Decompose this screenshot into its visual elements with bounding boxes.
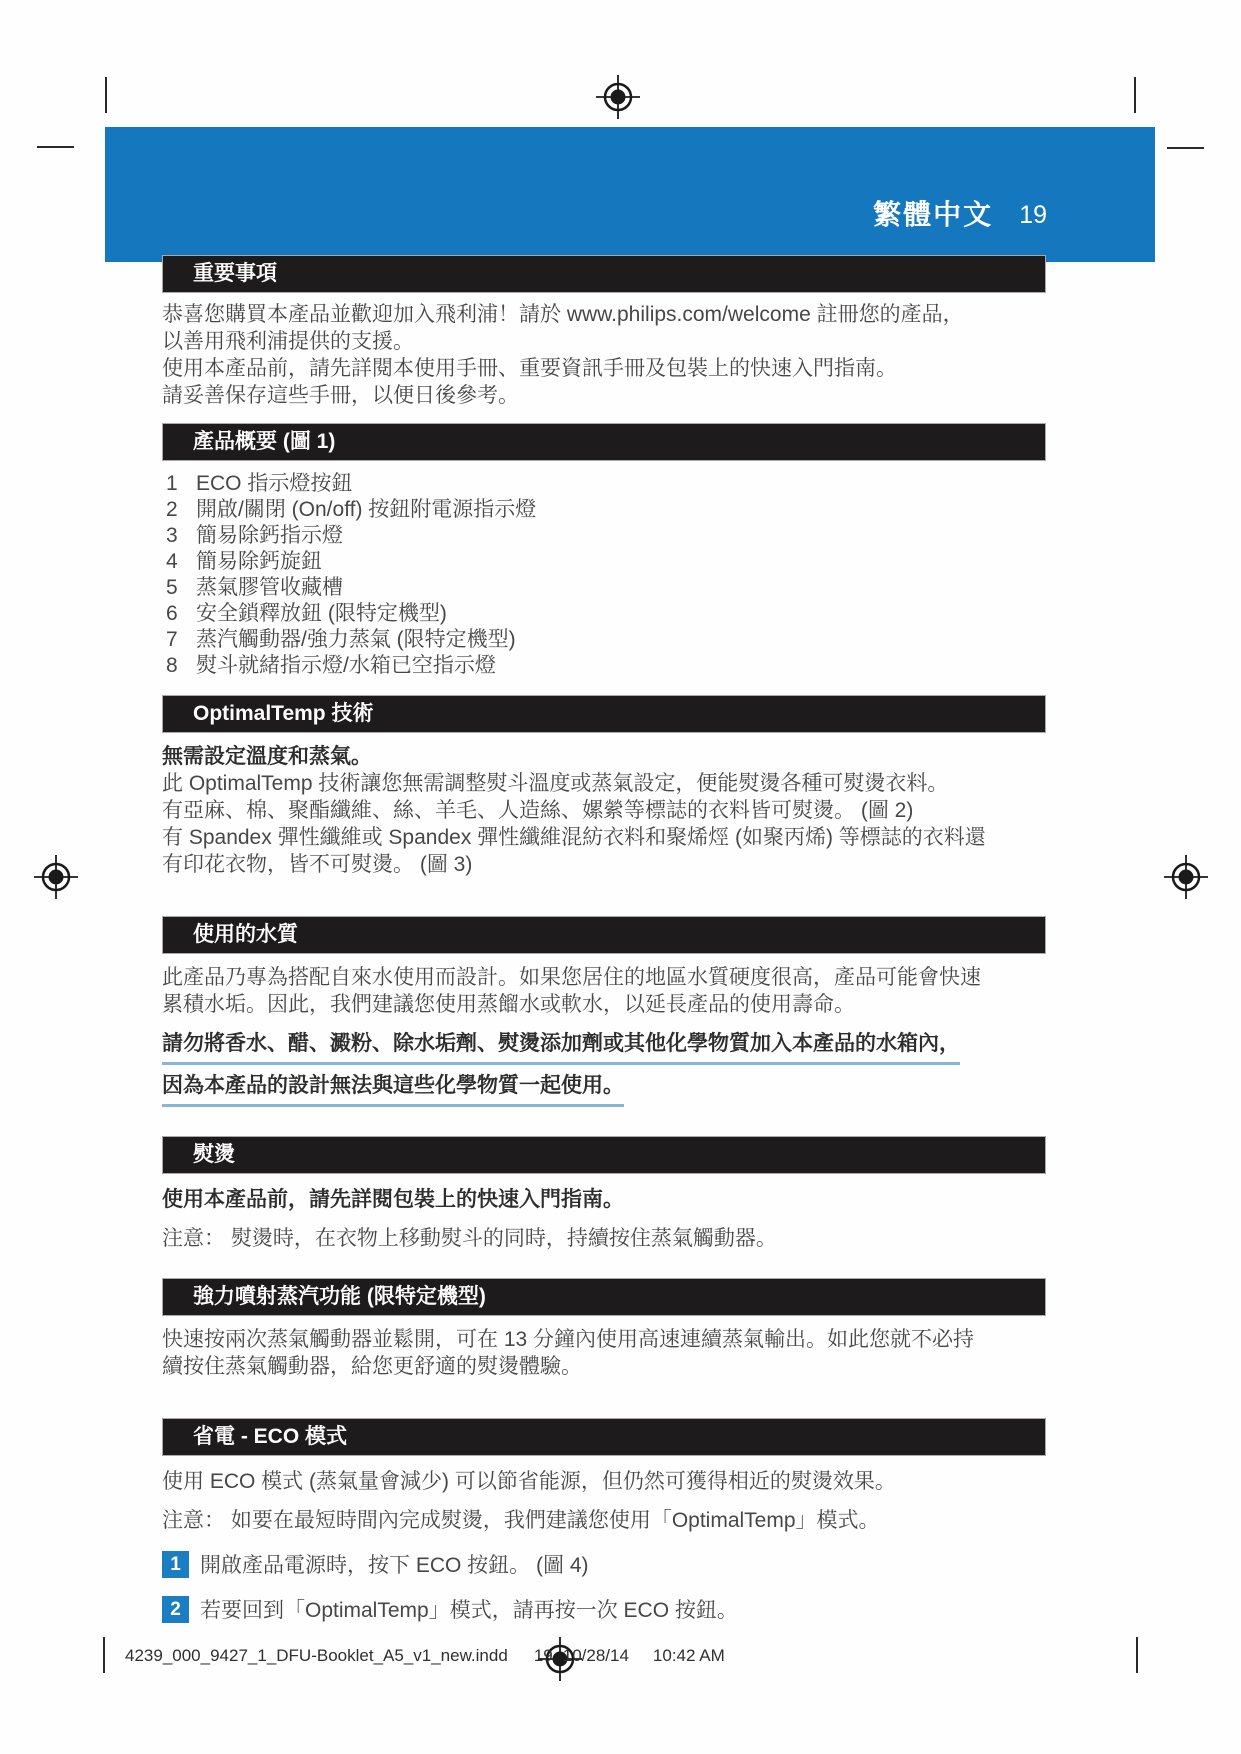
- text-line: 以善用飛利浦提供的支援。: [162, 328, 1046, 355]
- important-paragraph: 恭喜您購買本產品並歡迎加入飛利浦！請於 www.philips.com/welc…: [162, 301, 1046, 409]
- registration-mark-right-icon: [1164, 855, 1208, 899]
- list-item: 5蒸氣膠管收藏槽: [162, 575, 1046, 601]
- text-line: 有印花衣物，皆不可熨燙。 (圖 3): [162, 851, 1046, 878]
- crop-mark-left-icon: [37, 146, 74, 148]
- water-paragraph: 此產品乃專為搭配自來水使用而設計。如果您居住的地區水質硬度很高，產品可能會快速 …: [162, 964, 1046, 1018]
- list-item: 1ECO 指示燈按鈕: [162, 471, 1046, 497]
- text-line: 累積水垢。因此，我們建議您使用蒸餾水或軟水，以延長產品的使用壽命。: [162, 991, 1046, 1018]
- language-text: 繁體中文: [873, 199, 993, 230]
- list-item-number: 7: [166, 627, 188, 653]
- footer-time: 10:42 AM: [653, 1646, 725, 1665]
- crop-mark-right-icon: [1167, 147, 1204, 149]
- list-item-number: 3: [166, 523, 188, 549]
- footer-date: 10/28/14: [563, 1646, 629, 1665]
- list-item-number: 1: [166, 471, 188, 497]
- text-line: 恭喜您購買本產品並歡迎加入飛利浦！請於 www.philips.com/welc…: [162, 301, 1046, 328]
- list-item-number: 4: [166, 549, 188, 575]
- steam-boost-paragraph: 快速按兩次蒸氣觸動器並鬆開，可在 13 分鐘內使用高速連續蒸氣輸出。如此您就不必…: [162, 1326, 1046, 1380]
- step-number-badge: 2: [162, 1596, 189, 1623]
- text-line: 續按住蒸氣觸動器，給您更舒適的熨燙體驗。: [162, 1353, 1046, 1380]
- list-item-number: 2: [166, 497, 188, 523]
- crop-mark-bottom-left-icon: [103, 1637, 105, 1673]
- note-line: 注意： 熨燙時，在衣物上移動熨斗的同時，持續按住蒸氣觸動器。: [162, 1225, 1046, 1252]
- list-item-number: 6: [166, 601, 188, 627]
- list-item-text: 蒸汽觸動器/強力蒸氣 (限特定機型): [196, 628, 516, 651]
- text-line: 有 Spandex 彈性纖維或 Spandex 彈性纖維混紡衣料和聚烯烴 (如聚…: [162, 824, 1046, 851]
- list-item-text: 簡易除鈣旋鈕: [196, 550, 322, 573]
- text-line: 有亞麻、棉、聚酯纖維、絲、羊毛、人造絲、嫘縈等標誌的衣料皆可熨燙。 (圖 2): [162, 797, 1046, 824]
- water-warning: 請勿將香水、醋、澱粉、除水垢劑、熨燙添加劑或其他化學物質加入本產品的水箱內， 因…: [162, 1030, 1046, 1114]
- content-column: 重要事項 恭喜您購買本產品並歡迎加入飛利浦！請於 www.philips.com…: [162, 255, 1046, 1624]
- list-item-text: 安全鎖釋放鈕 (限特定機型): [196, 602, 447, 625]
- list-item-text: 熨斗就緒指示燈/水箱已空指示燈: [196, 654, 496, 677]
- list-item-number: 8: [166, 653, 188, 679]
- manual-page: 繁體中文19 重要事項 恭喜您購買本產品並歡迎加入飛利浦！請於 www.phil…: [0, 0, 1241, 1754]
- crop-mark-top-left-icon: [105, 77, 107, 113]
- note-line: 注意： 如要在最短時間內完成熨燙，我們建議您使用「OptimalTemp」模式。: [162, 1507, 1046, 1534]
- section-header-overview: 產品概要 (圖 1): [162, 423, 1046, 461]
- footer-filename: 4239_000_9427_1_DFU-Booklet_A5_v1_new.in…: [125, 1646, 508, 1665]
- crop-mark-bottom-right-icon: [1136, 1637, 1138, 1673]
- text-line: 使用 ECO 模式 (蒸氣量會減少) 可以節省能源，但仍然可獲得相近的熨燙效果。: [162, 1468, 1046, 1495]
- language-label: 繁體中文19: [873, 193, 1047, 233]
- registration-mark-top-icon: [596, 75, 640, 119]
- eco-step: 1 開啟產品電源時，按下 ECO 按鈕。 (圖 4): [162, 1549, 1046, 1579]
- registration-mark-left-icon: [34, 855, 78, 899]
- text-line: 此產品乃專為搭配自來水使用而設計。如果您居住的地區水質硬度很高，產品可能會快速: [162, 964, 1046, 991]
- step-number-badge: 1: [162, 1551, 189, 1578]
- list-item: 8熨斗就緒指示燈/水箱已空指示燈: [162, 653, 1046, 679]
- list-item-text: ECO 指示燈按鈕: [196, 472, 352, 495]
- text-line-bold: 使用本產品前，請先詳閱包裝上的快速入門指南。: [162, 1186, 1046, 1213]
- print-footer: 4239_000_9427_1_DFU-Booklet_A5_v1_new.in…: [125, 1646, 725, 1666]
- eco-step: 2 若要回到「OptimalTemp」模式，請再按一次 ECO 按鈕。: [162, 1594, 1046, 1624]
- list-item: 3簡易除鈣指示燈: [162, 523, 1046, 549]
- list-item: 6安全鎖釋放鈕 (限特定機型): [162, 601, 1046, 627]
- text-line: 此 OptimalTemp 技術讓您無需調整熨斗溫度或蒸氣設定，便能熨燙各種可熨…: [162, 770, 1046, 797]
- overview-list: 1ECO 指示燈按鈕 2開啟/關閉 (On/off) 按鈕附電源指示燈 3簡易除…: [162, 471, 1046, 679]
- section-header-eco: 省電 - ECO 模式: [162, 1418, 1046, 1456]
- list-item: 7蒸汽觸動器/強力蒸氣 (限特定機型): [162, 627, 1046, 653]
- list-item: 4簡易除鈣旋鈕: [162, 549, 1046, 575]
- section-header-steam-boost: 強力噴射蒸汽功能 (限特定機型): [162, 1278, 1046, 1316]
- footer-page: 19: [534, 1646, 553, 1665]
- warning-line-underlined: 因為本產品的設計無法與這些化學物質一起使用。: [162, 1072, 624, 1107]
- section-header-important: 重要事項: [162, 255, 1046, 293]
- text-line: 請妥善保存這些手冊，以便日後參考。: [162, 382, 1046, 409]
- header-band: 繁體中文19: [105, 127, 1155, 262]
- list-item-text: 開啟/關閉 (On/off) 按鈕附電源指示燈: [196, 498, 536, 521]
- list-item-text: 簡易除鈣指示燈: [196, 524, 343, 547]
- text-line: 使用本產品前，請先詳閱本使用手冊、重要資訊手冊及包裝上的快速入門指南。: [162, 355, 1046, 382]
- list-item-number: 5: [166, 575, 188, 601]
- list-item: 2開啟/關閉 (On/off) 按鈕附電源指示燈: [162, 497, 1046, 523]
- text-line-bold: 無需設定溫度和蒸氣。: [162, 743, 1046, 770]
- step-text: 開啟產品電源時，按下 ECO 按鈕。 (圖 4): [200, 1549, 589, 1579]
- optimaltemp-paragraph: 無需設定溫度和蒸氣。 此 OptimalTemp 技術讓您無需調整熨斗溫度或蒸氣…: [162, 743, 1046, 878]
- list-item-text: 蒸氣膠管收藏槽: [196, 576, 343, 599]
- section-header-ironing: 熨燙: [162, 1136, 1046, 1174]
- step-text: 若要回到「OptimalTemp」模式，請再按一次 ECO 按鈕。: [200, 1594, 738, 1624]
- crop-mark-top-right-icon: [1134, 77, 1136, 113]
- section-header-water: 使用的水質: [162, 916, 1046, 954]
- page-number: 19: [1019, 201, 1047, 229]
- text-line: 快速按兩次蒸氣觸動器並鬆開，可在 13 分鐘內使用高速連續蒸氣輸出。如此您就不必…: [162, 1326, 1046, 1353]
- warning-line-underlined: 請勿將香水、醋、澱粉、除水垢劑、熨燙添加劑或其他化學物質加入本產品的水箱內，: [162, 1030, 960, 1065]
- section-header-optimaltemp: OptimalTemp 技術: [162, 695, 1046, 733]
